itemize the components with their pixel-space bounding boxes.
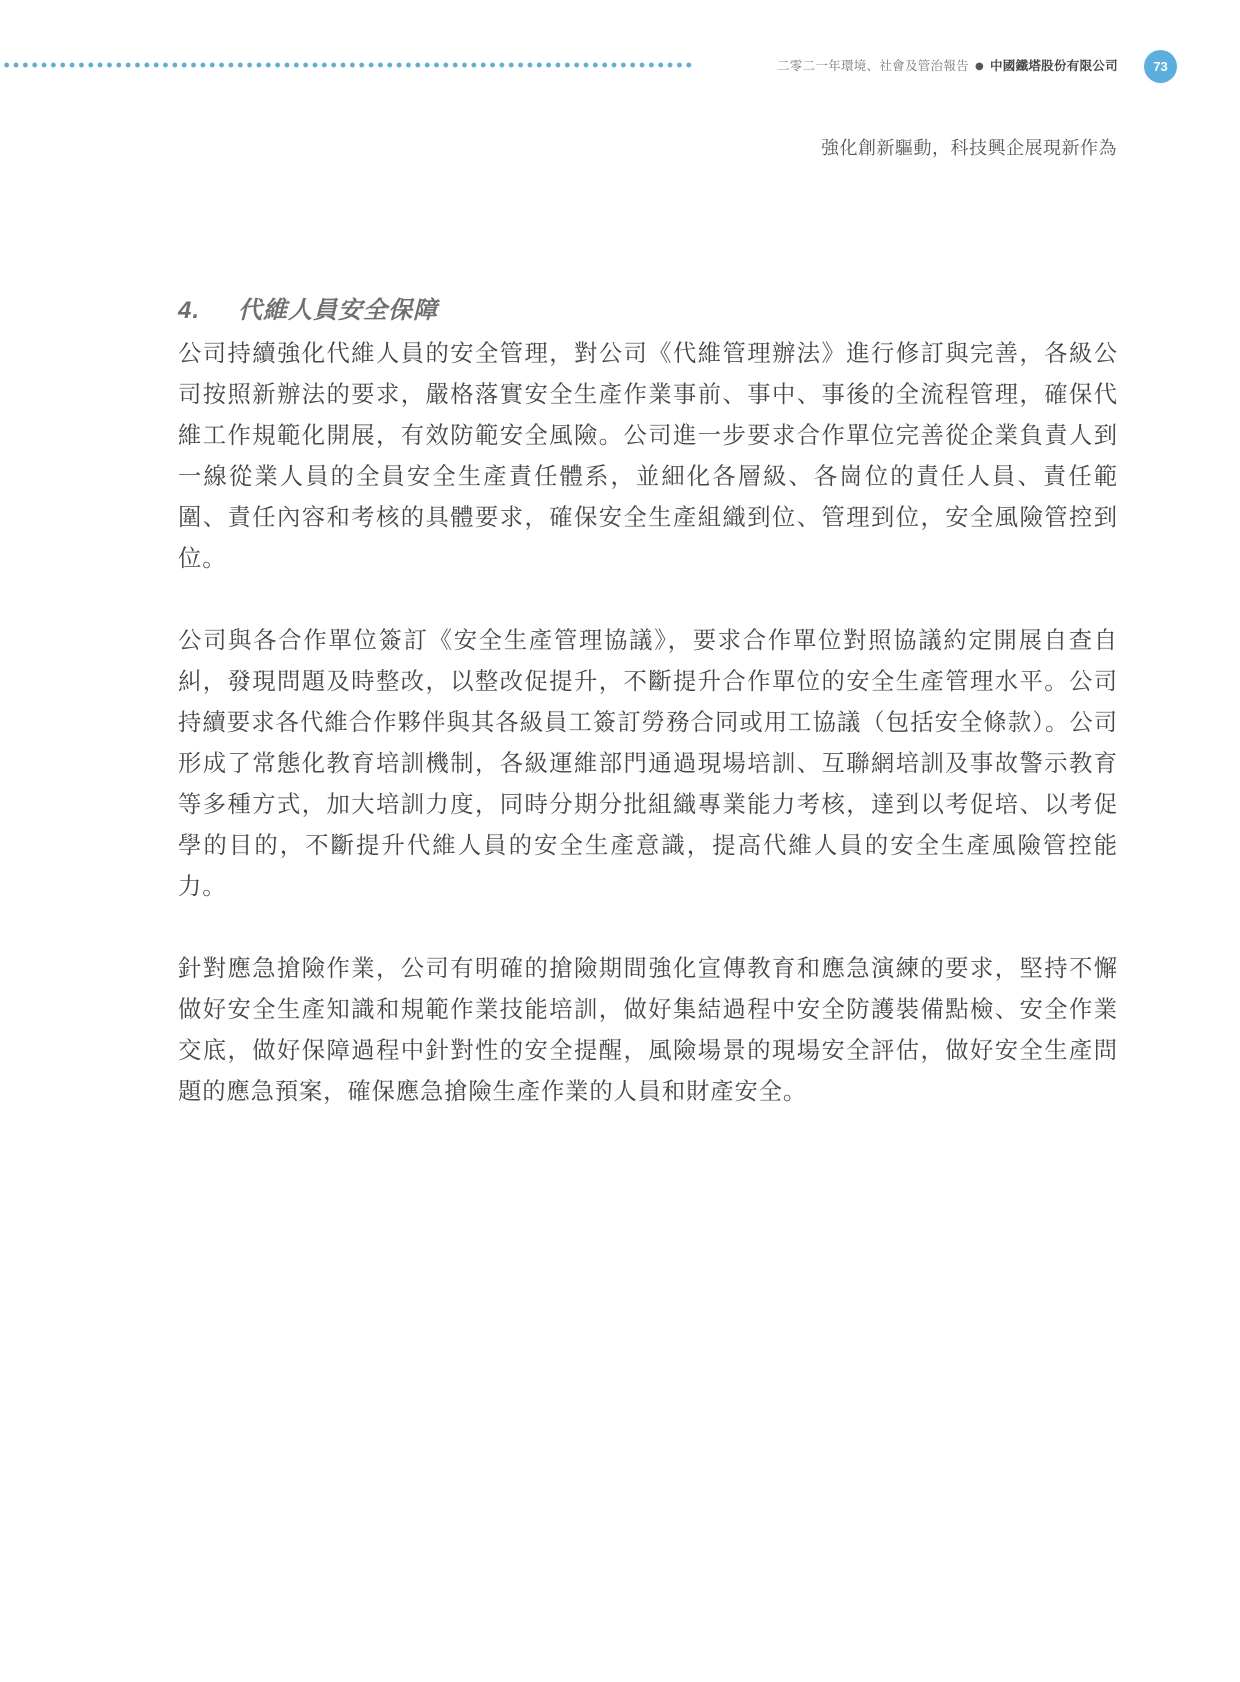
main-content: 4.代維人員安全保障 公司持續強化代維人員的安全管理，對公司《代維管理辦法》進行… (178, 290, 1118, 1153)
paragraph-1: 公司持續強化代維人員的安全管理，對公司《代維管理辦法》進行修訂與完善，各級公司按… (178, 333, 1118, 579)
company-name: 中國鐵塔股份有限公司 (990, 58, 1118, 73)
paragraph-3: 針對應急搶險作業，公司有明確的搶險期間強化宣傳教育和應急演練的要求，堅持不懈做好… (178, 948, 1118, 1112)
bullet-separator-icon: ● (975, 61, 984, 72)
section-title: 強化創新驅動，科技興企展現新作為 (821, 134, 1117, 160)
heading-number: 4. (178, 297, 238, 325)
dotted-divider (2, 62, 692, 68)
report-title: 二零二一年環境、社會及管治報告 (777, 58, 969, 73)
running-header: 二零二一年環境、社會及管治報告●中國鐵塔股份有限公司 (777, 56, 1118, 74)
paragraph-2: 公司與各合作單位簽訂《安全生產管理協議》，要求合作單位對照協議約定開展自查自糾，… (178, 620, 1118, 907)
heading-title: 代維人員安全保障 (238, 296, 438, 324)
page-number-badge: 73 (1144, 50, 1177, 83)
subsection-heading: 4.代維人員安全保障 (178, 290, 1118, 325)
